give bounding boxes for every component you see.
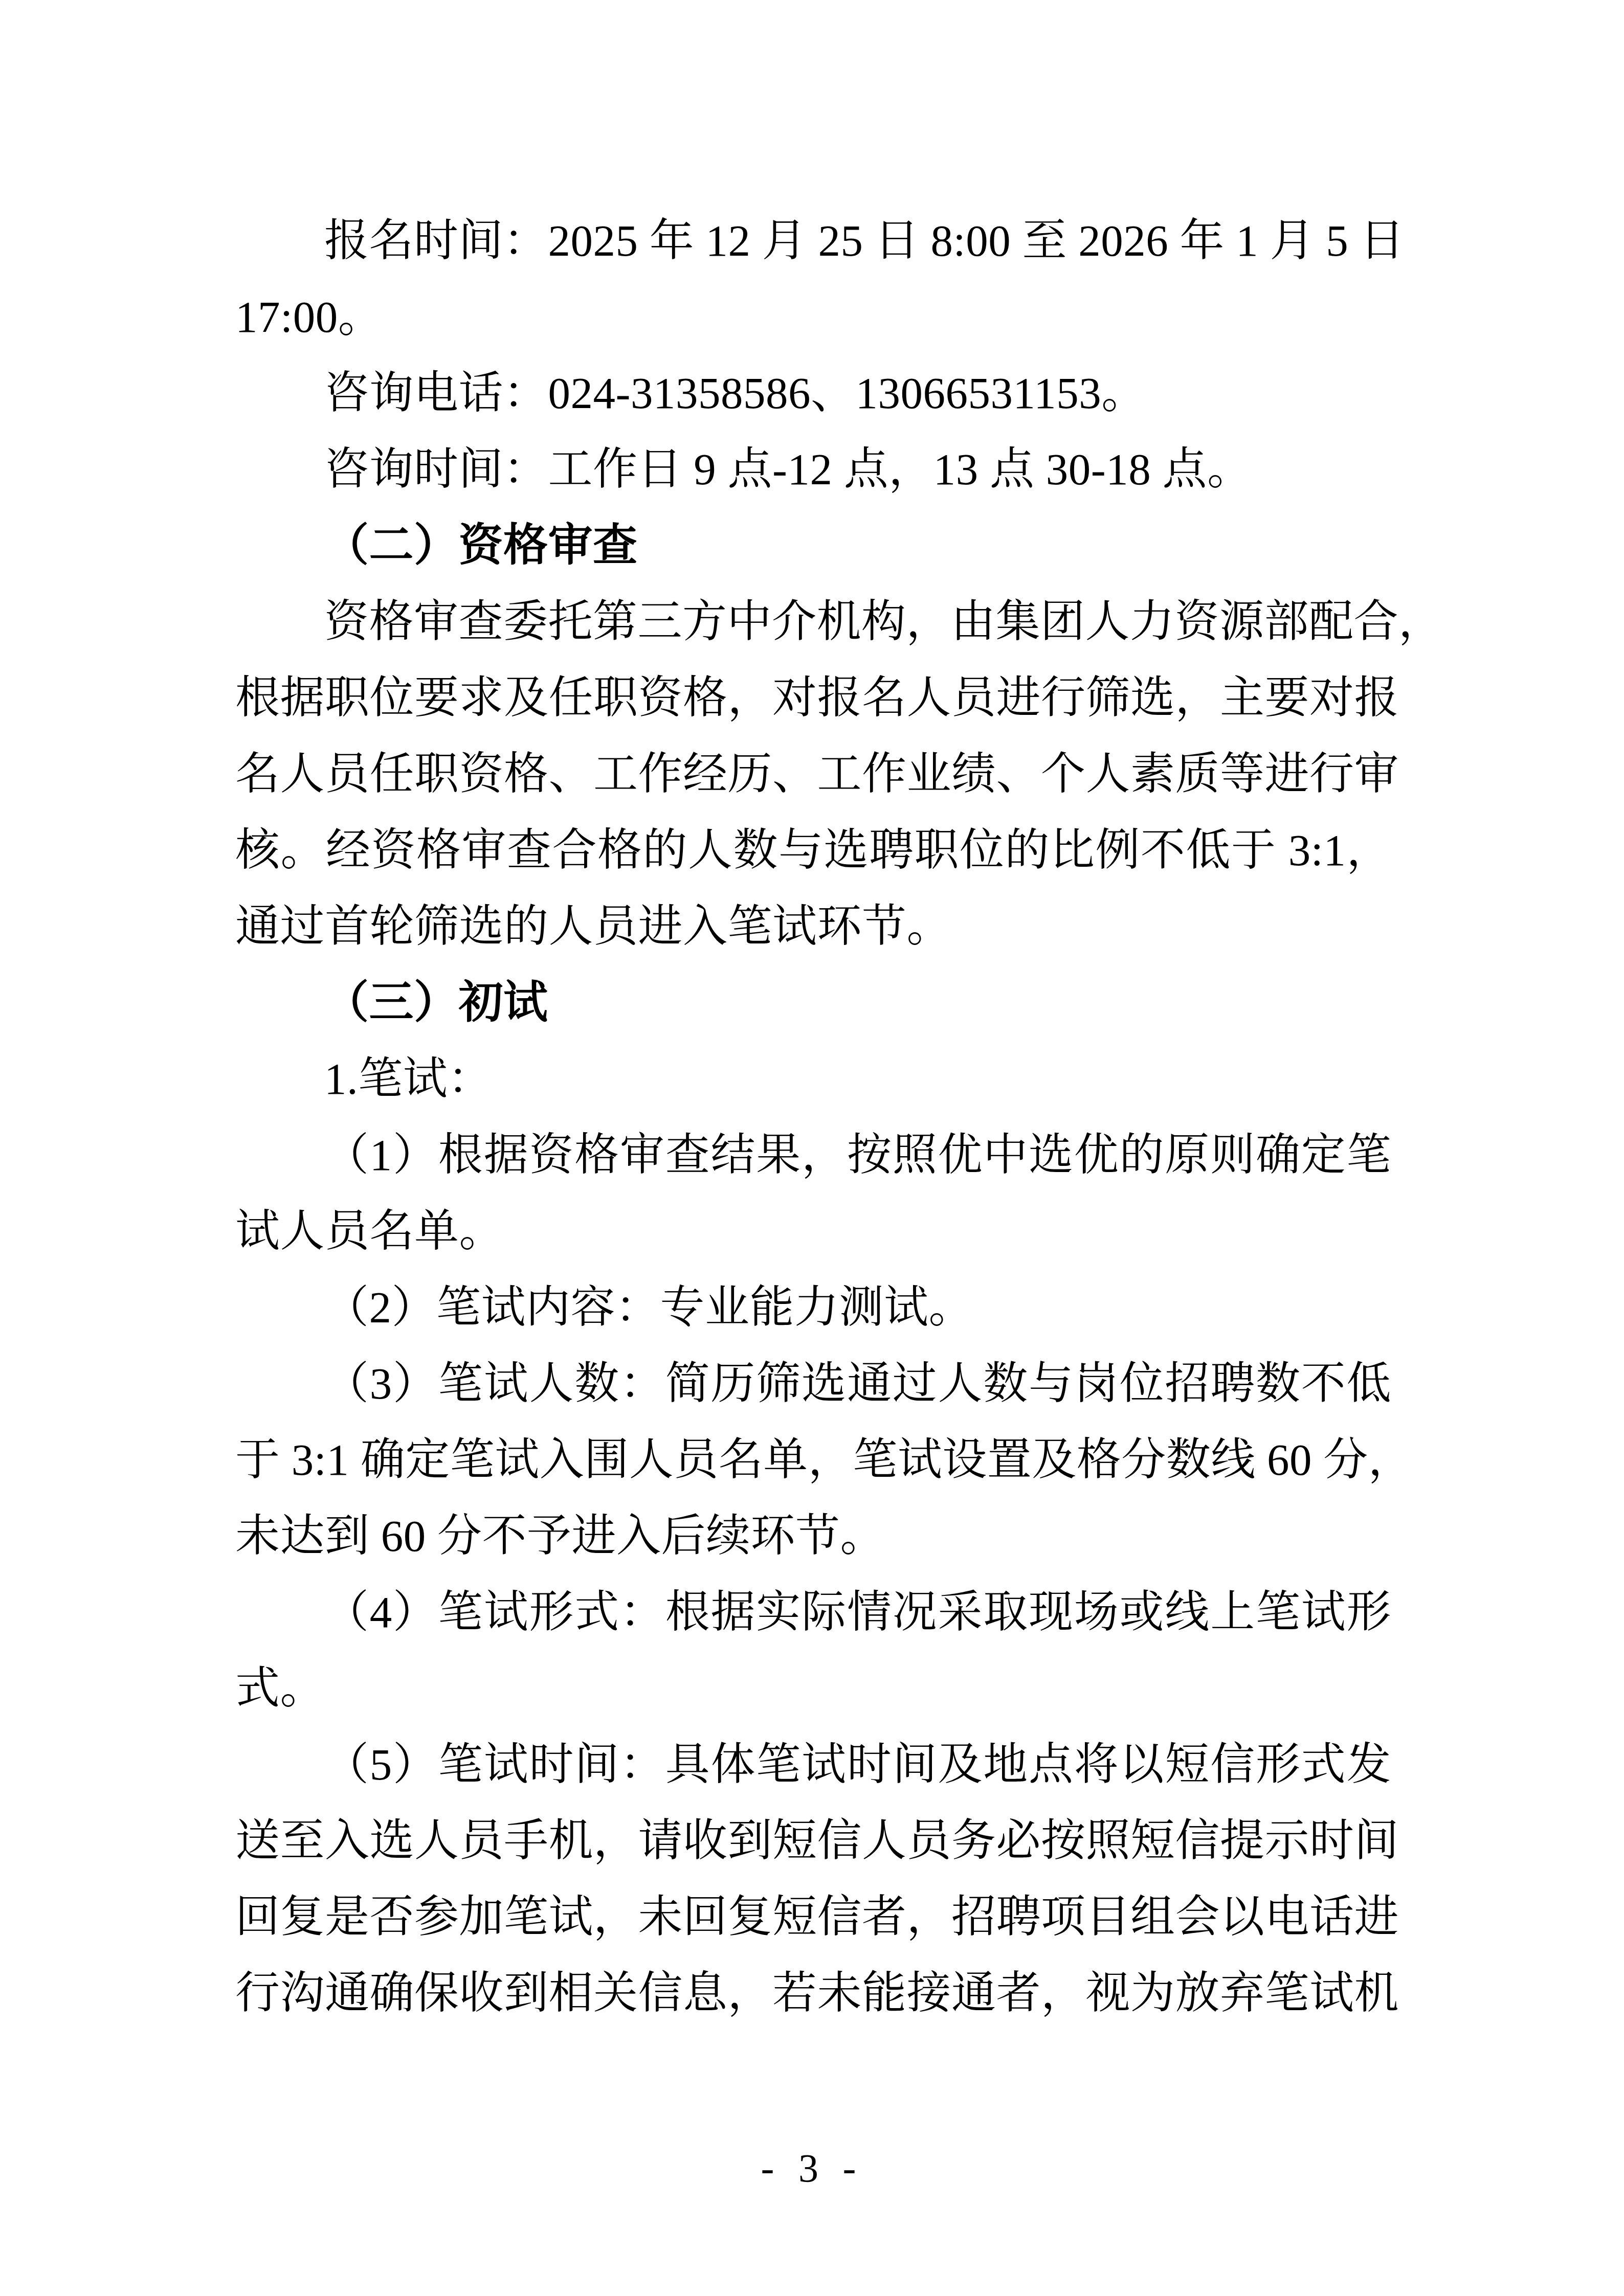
text-line: 17:00。 <box>235 279 1391 355</box>
body-paragraph: 咨询时间：工作日 9 点-12 点，13 点 30-18 点。 <box>235 431 1391 507</box>
text-line: （4）笔试形式：根据实际情况采取现场或线上笔试形 <box>235 1574 1391 1650</box>
text-line: 未达到 60 分不予进入后续环节。 <box>235 1498 1391 1574</box>
text-line: 通过首轮筛选的人员进入笔试环节。 <box>235 888 1391 964</box>
text-line: （3）笔试人数：简历筛选通过人数与岗位招聘数不低 <box>235 1345 1391 1422</box>
body-paragraph: 报名时间：2025 年 12 月 25 日 8:00 至 2026 年 1 月 … <box>235 202 1391 355</box>
body-paragraph: （1）根据资格审查结果，按照优中选优的原则确定笔试人员名单。 <box>235 1117 1391 1269</box>
text-line: 送至入选人员手机，请收到短信人员务必按照短信提示时间 <box>235 1803 1391 1879</box>
text-line: （2）笔试内容：专业能力测试。 <box>235 1269 1391 1345</box>
text-line: 根据职位要求及任职资格，对报名人员进行筛选，主要对报 <box>235 660 1391 736</box>
text-line: 行沟通确保收到相关信息，若未能接通者，视为放弃笔试机 <box>235 1955 1391 2031</box>
document-page: 报名时间：2025 年 12 月 25 日 8:00 至 2026 年 1 月 … <box>0 0 1624 2296</box>
section-heading: （二）资格审查 <box>235 507 1391 583</box>
text-line: 报名时间：2025 年 12 月 25 日 8:00 至 2026 年 1 月 … <box>235 202 1391 279</box>
text-line: 1.笔试： <box>235 1041 1391 1117</box>
text-line: 式。 <box>235 1650 1391 1726</box>
text-line: 核。经资格审查合格的人数与选聘职位的比例不低于 3:1， <box>235 812 1391 888</box>
page-footer: - 3 - <box>0 2132 1624 2204</box>
text-line: 咨询电话：024-31358586、13066531153。 <box>235 355 1391 431</box>
page-number: - 3 - <box>761 2146 863 2190</box>
text-line: 回复是否参加笔试，未回复短信者，招聘项目组会以电话进 <box>235 1879 1391 1955</box>
document-body: 报名时间：2025 年 12 月 25 日 8:00 至 2026 年 1 月 … <box>235 202 1391 2031</box>
text-line: 资格审查委托第三方中介机构，由集团人力资源部配合， <box>235 583 1391 660</box>
body-paragraph: 资格审查委托第三方中介机构，由集团人力资源部配合，根据职位要求及任职资格，对报名… <box>235 583 1391 964</box>
text-line: 于 3:1 确定笔试入围人员名单，笔试设置及格分数线 60 分， <box>235 1422 1391 1498</box>
body-paragraph: （3）笔试人数：简历筛选通过人数与岗位招聘数不低于 3:1 确定笔试入围人员名单… <box>235 1345 1391 1574</box>
text-line: （5）笔试时间：具体笔试时间及地点将以短信形式发 <box>235 1726 1391 1803</box>
body-paragraph: 咨询电话：024-31358586、13066531153。 <box>235 355 1391 431</box>
text-line: 名人员任职资格、工作经历、工作业绩、个人素质等进行审 <box>235 736 1391 812</box>
body-paragraph: （5）笔试时间：具体笔试时间及地点将以短信形式发送至入选人员手机，请收到短信人员… <box>235 1726 1391 2031</box>
text-line: （二）资格审查 <box>235 507 1391 583</box>
text-line: 试人员名单。 <box>235 1193 1391 1269</box>
body-paragraph: 1.笔试： <box>235 1041 1391 1117</box>
text-line: （1）根据资格审查结果，按照优中选优的原则确定笔 <box>235 1117 1391 1193</box>
text-line: 咨询时间：工作日 9 点-12 点，13 点 30-18 点。 <box>235 431 1391 507</box>
section-heading: （三）初试 <box>235 964 1391 1041</box>
text-line: （三）初试 <box>235 964 1391 1041</box>
body-paragraph: （2）笔试内容：专业能力测试。 <box>235 1269 1391 1345</box>
body-paragraph: （4）笔试形式：根据实际情况采取现场或线上笔试形式。 <box>235 1574 1391 1726</box>
